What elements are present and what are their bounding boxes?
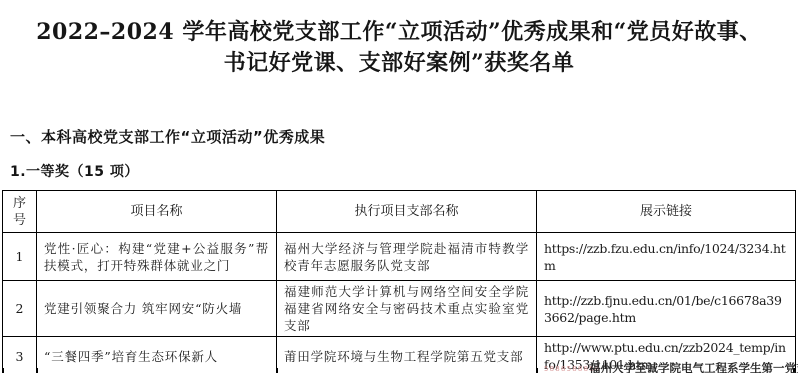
table-border-stub [276, 368, 278, 373]
page-title-line-1: 2022–2024 学年高校党支部工作“立项活动”优秀成果和“党员好故事、 [0, 17, 798, 48]
cutoff-branch-text: 福州大学至诚学院电气工程系学生第一党支部 [589, 362, 798, 373]
table-border-stub [36, 368, 38, 373]
column-header-branch: 执行项目支部名称 [277, 191, 537, 233]
project-name: 党建引领聚合力 筑牢网安“防火墙 [37, 281, 277, 337]
section-heading: 一、本科高校党支部工作“立项活动”优秀成果 [10, 126, 325, 147]
awards-table: 序号 项目名称 执行项目支部名称 展示链接 1 党性·匠心：构建“党建+公益服务… [2, 190, 796, 373]
table-border-stub [2, 368, 4, 373]
row-number: 1 [3, 233, 37, 281]
project-name: 党性·匠心：构建“党建+公益服务”帮扶模式，打开特殊群体就业之门 [37, 233, 277, 281]
row-number: 2 [3, 281, 37, 337]
page-title: 2022–2024 学年高校党支部工作“立项活动”优秀成果和“党员好故事、 书记… [0, 17, 798, 79]
page-title-line-2: 书记好党课、支部好案例”获奖名单 [0, 48, 798, 79]
table-header-row: 序号 项目名称 执行项目支部名称 展示链接 [3, 191, 796, 233]
row-number: 3 [3, 337, 37, 373]
branch-name: 福州大学经济与管理学院赴福清市特教学校青年志愿服务队党支部 [277, 233, 537, 281]
table-row: 2 党建引领聚合力 筑牢网安“防火墙 福建师范大学计算机与网络空间安全学院福建省… [3, 281, 796, 337]
branch-name: 莆田学院环境与生物工程学院第五党支部 [277, 337, 537, 373]
column-header-link: 展示链接 [537, 191, 796, 233]
branch-name: 福建师范大学计算机与网络空间安全学院福建省网络安全与密码技术重点实验室党支部 [277, 281, 537, 337]
column-header-project: 项目名称 [37, 191, 277, 233]
display-link: http://zzb.fjnu.edu.cn/01/be/c16678a3936… [537, 281, 796, 337]
table-row: 1 党性·匠心：构建“党建+公益服务”帮扶模式，打开特殊群体就业之门 福州大学经… [3, 233, 796, 281]
subsection-heading: 1.一等奖（15 项） [10, 161, 139, 181]
project-name: “三餐四季”培育生态环保新人 [37, 337, 277, 373]
document-page: 2022–2024 学年高校党支部工作“立项活动”优秀成果和“党员好故事、 书记… [0, 0, 798, 373]
display-link: https://zzb.fzu.edu.cn/info/1024/3234.ht… [537, 233, 796, 281]
column-header-number: 序号 [3, 191, 37, 233]
table-border-stub [536, 368, 538, 373]
